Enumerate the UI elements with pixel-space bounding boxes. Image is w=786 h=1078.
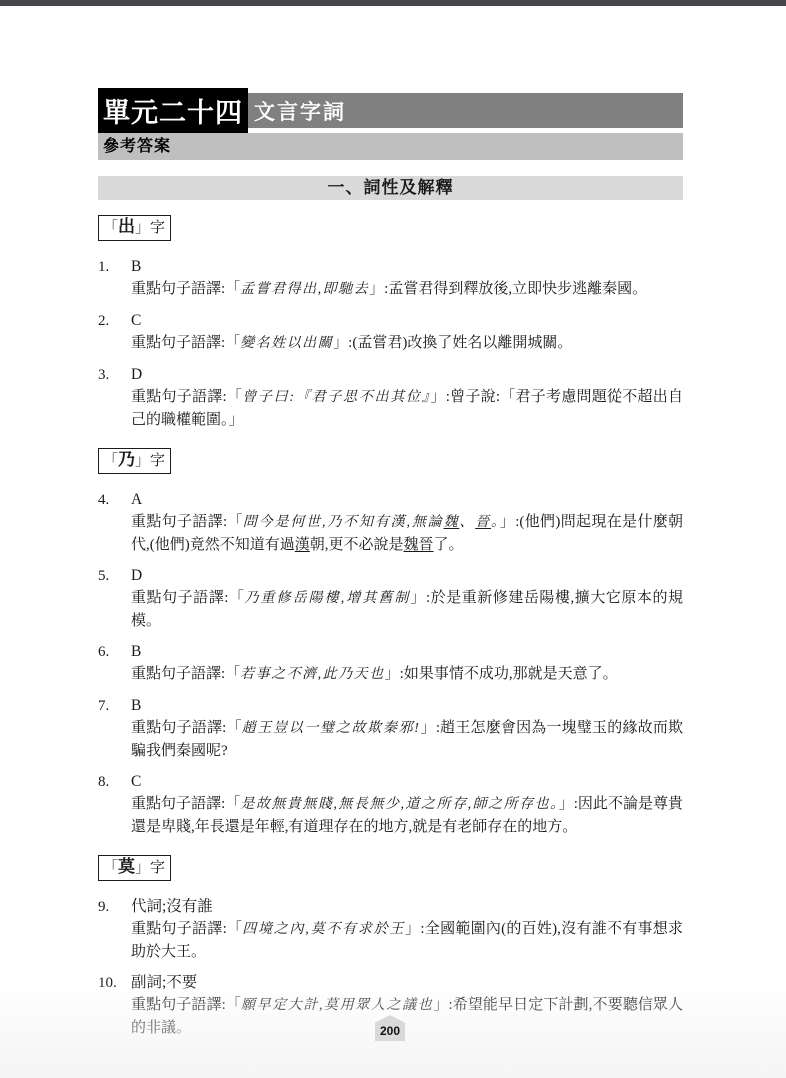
answer-item: 2.C重點句子語譯:「變名姓以出關」:(孟嘗君)改換了姓名以離開城關。 (98, 310, 683, 355)
answer-item: 4.A重點句子語譯:「問今是何世,乃不知有漢,無論魏、晉。」:(他們)問起現在是… (98, 489, 683, 556)
item-explanation: 重點句子語譯:「若事之不濟,此乃天也」:如果事情不成功,那就是天意了。 (131, 663, 683, 686)
classical-quote-text: 若事之不濟,此乃天也 (240, 667, 385, 682)
item-answer: B (131, 641, 683, 663)
item-explanation: 重點句子語譯:「問今是何世,乃不知有漢,無論魏、晉。」:(他們)問起現在是什麼朝… (131, 511, 683, 556)
translation-text: 重點句子語譯:「 (131, 281, 240, 297)
translation-text: 重點句子語譯:「 (131, 335, 240, 351)
answer-item: 6.B重點句子語譯:「若事之不濟,此乃天也」:如果事情不成功,那就是天意了。 (98, 641, 683, 686)
item-number: 3. (98, 364, 131, 431)
item-explanation: 重點句子語譯:「乃重修岳陽樓,增其舊制」:於是重新修建岳陽樓,擴大它原本的規模。 (131, 587, 683, 632)
translation-text: 魏晉 (404, 537, 434, 553)
item-explanation: 重點句子語譯:「曾子曰:『君子思不出其位』」:曾子說:「君子考慮問題從不超出自己… (131, 386, 683, 431)
heading-suffix: 」字 (135, 860, 165, 876)
word-heading: 「出」字 (98, 215, 171, 241)
item-body: D重點句子語譯:「曾子曰:『君子思不出其位』」:曾子說:「君子考慮問題從不超出自… (131, 364, 683, 431)
item-answer: C (131, 771, 683, 793)
heading-open-quote: 「 (103, 453, 118, 469)
classical-quote-text: 趙王豈以一璧之故欺秦邪! (242, 721, 421, 736)
heading-suffix: 」字 (135, 220, 165, 236)
item-number: 1. (98, 256, 131, 301)
translation-text: 重點句子語譯:「 (131, 666, 240, 682)
heading-open-quote: 「 (103, 220, 118, 236)
heading-suffix: 」字 (135, 453, 165, 469)
item-explanation: 重點句子語譯:「孟嘗君得出,即馳去」:孟嘗君得到釋放後,立即快步逃離秦國。 (131, 278, 683, 301)
item-number: 7. (98, 695, 131, 762)
item-body: D重點句子語譯:「乃重修岳陽樓,增其舊制」:於是重新修建岳陽樓,擴大它原本的規模… (131, 565, 683, 632)
section-banner: 一、詞性及解釋 (98, 176, 683, 200)
answer-section: 「出」字1.B重點句子語譯:「孟嘗君得出,即馳去」:孟嘗君得到釋放後,立即快步逃… (98, 215, 683, 431)
classical-quote-text: 問今是何世,乃不知有漢,無論 (243, 515, 444, 530)
answer-section: 「莫」字9.代詞;沒有誰重點句子語譯:「四境之內,莫不有求於王」:全國範圍內(的… (98, 847, 683, 1039)
classical-quote-text: 願早定大計,莫用眾人之議也 (241, 998, 433, 1013)
item-body: C重點句子語譯:「變名姓以出關」:(孟嘗君)改換了姓名以離開城關。 (131, 310, 683, 355)
section-banner-title: 一、詞性及解釋 (328, 178, 454, 197)
translation-text: 朝,更不必說是 (310, 537, 404, 553)
translation-text: 重點句子語譯:「 (131, 720, 242, 736)
page-number: 200 (380, 1024, 400, 1038)
classical-quote-text: 魏 (444, 515, 460, 530)
answers-area: 「出」字1.B重點句子語譯:「孟嘗君得出,即馳去」:孟嘗君得到釋放後,立即快步逃… (98, 215, 683, 1039)
classical-quote-text: 乃重修岳陽樓,增其舊制 (244, 591, 410, 606)
translation-text: 重點句子語譯:「 (131, 796, 240, 812)
translation-text: 重點句子語譯:「 (131, 590, 244, 606)
item-number: 5. (98, 565, 131, 632)
item-explanation: 重點句子語譯:「變名姓以出關」:(孟嘗君)改換了姓名以離開城關。 (131, 332, 683, 355)
item-explanation: 重點句子語譯:「四境之內,莫不有求於王」:全國範圍內(的百姓),沒有誰不有事想求… (131, 918, 683, 963)
word-heading: 「莫」字 (98, 855, 171, 881)
item-body: C重點句子語譯:「是故無貴無賤,無長無少,道之所存,師之所存也。」:因此不論是尊… (131, 771, 683, 838)
item-explanation: 重點句子語譯:「願早定大計,莫用眾人之議也」:希望能早日定下計劃,不要聽信眾人的… (131, 994, 683, 1039)
answer-item: 9.代詞;沒有誰重點句子語譯:「四境之內,莫不有求於王」:全國範圍內(的百姓),… (98, 896, 683, 963)
translation-text: 」:孟嘗君得到釋放後,立即快步逃離秦國。 (369, 281, 647, 297)
heading-character: 出 (118, 217, 135, 236)
unit-number-box: 單元二十四 (98, 88, 248, 133)
unit-title: 文言字詞 (254, 96, 346, 126)
answer-item: 1.B重點句子語譯:「孟嘗君得出,即馳去」:孟嘗君得到釋放後,立即快步逃離秦國。 (98, 256, 683, 301)
item-number: 8. (98, 771, 131, 838)
classical-quote-text: 曾子曰:『君子思不出其位』 (242, 390, 430, 405)
classical-quote-text: 是故無貴無賤,無長無少,道之所存,師之所存也。 (240, 797, 558, 812)
item-explanation: 重點句子語譯:「是故無貴無賤,無長無少,道之所存,師之所存也。」:因此不論是尊貴… (131, 793, 683, 838)
item-number: 4. (98, 489, 131, 556)
unit-title-bar: 文言字詞 (238, 93, 683, 128)
item-answer: B (131, 695, 683, 717)
item-number: 9. (98, 896, 131, 963)
translation-text: 重點句子語譯:「 (131, 997, 241, 1013)
reference-answers-bar: 參考答案 (98, 133, 683, 160)
item-body: 副詞;不要重點句子語譯:「願早定大計,莫用眾人之議也」:希望能早日定下計劃,不要… (131, 972, 683, 1039)
item-body: 代詞;沒有誰重點句子語譯:「四境之內,莫不有求於王」:全國範圍內(的百姓),沒有… (131, 896, 683, 963)
unit-header: 文言字詞 單元二十四 (98, 88, 683, 133)
item-answer: C (131, 310, 683, 332)
translation-text: 漢 (295, 537, 310, 553)
classical-quote-text: 、 (459, 515, 475, 530)
translation-text: 」:(孟嘗君)改換了姓名以離開城關。 (333, 335, 572, 351)
item-body: B重點句子語譯:「孟嘗君得出,即馳去」:孟嘗君得到釋放後,立即快步逃離秦國。 (131, 256, 683, 301)
heading-open-quote: 「 (103, 860, 118, 876)
classical-quote-text: 變名姓以出關 (240, 336, 333, 351)
item-body: A重點句子語譯:「問今是何世,乃不知有漢,無論魏、晉。」:(他們)問起現在是什麼… (131, 489, 683, 556)
item-number: 2. (98, 310, 131, 355)
classical-quote-text: 四境之內,莫不有求於王 (242, 922, 405, 937)
answer-section: 「乃」字4.A重點句子語譯:「問今是何世,乃不知有漢,無論魏、晉。」:(他們)問… (98, 440, 683, 838)
translation-text: 」:如果事情不成功,那就是天意了。 (385, 666, 618, 682)
translation-text: 重點句子語譯:「 (131, 389, 242, 405)
item-explanation: 重點句子語譯:「趙王豈以一璧之故欺秦邪!」:趙王怎麼會因為一塊璧玉的緣故而欺騙我… (131, 717, 683, 762)
classical-quote-text: 孟嘗君得出,即馳去 (240, 282, 369, 297)
item-number: 10. (98, 972, 131, 1039)
translation-text: 重點句子語譯:「 (131, 514, 243, 530)
answer-item: 3.D重點句子語譯:「曾子曰:『君子思不出其位』」:曾子說:「君子考慮問題從不超… (98, 364, 683, 431)
answer-item: 8.C重點句子語譯:「是故無貴無賤,無長無少,道之所存,師之所存也。」:因此不論… (98, 771, 683, 838)
item-answer: B (131, 256, 683, 278)
answer-item: 7.B重點句子語譯:「趙王豈以一璧之故欺秦邪!」:趙王怎麼會因為一塊璧玉的緣故而… (98, 695, 683, 762)
heading-character: 乃 (118, 450, 135, 469)
item-answer: 代詞;沒有誰 (131, 896, 683, 918)
item-answer: A (131, 489, 683, 511)
word-heading: 「乃」字 (98, 448, 171, 474)
unit-number-label: 單元二十四 (103, 91, 243, 130)
item-answer: D (131, 565, 683, 587)
document-page: 文言字詞 單元二十四 參考答案 一、詞性及解釋 「出」字1.B重點句子語譯:「孟… (98, 88, 683, 1048)
translation-text: 重點句子語譯:「 (131, 921, 242, 937)
item-body: B重點句子語譯:「趙王豈以一璧之故欺秦邪!」:趙王怎麼會因為一塊璧玉的緣故而欺騙… (131, 695, 683, 762)
heading-character: 莫 (118, 857, 135, 876)
answer-item: 5.D重點句子語譯:「乃重修岳陽樓,增其舊制」:於是重新修建岳陽樓,擴大它原本的… (98, 565, 683, 632)
item-number: 6. (98, 641, 131, 686)
viewer-top-edge (0, 0, 786, 6)
item-answer: D (131, 364, 683, 386)
classical-quote-text: 。 (491, 515, 500, 530)
item-answer: 副詞;不要 (131, 972, 683, 994)
item-body: B重點句子語譯:「若事之不濟,此乃天也」:如果事情不成功,那就是天意了。 (131, 641, 683, 686)
classical-quote-text: 晉 (475, 515, 491, 530)
reference-answers-label: 參考答案 (103, 138, 171, 155)
translation-text: 了。 (434, 537, 464, 553)
